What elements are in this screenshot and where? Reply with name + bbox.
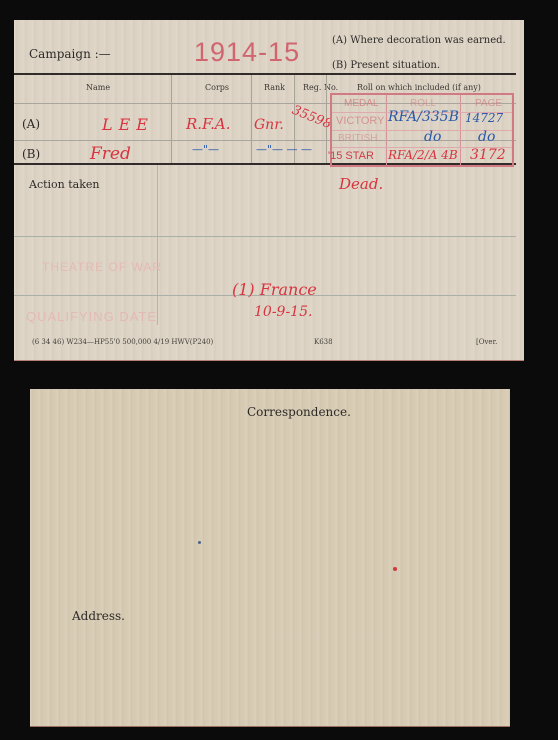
stamp-medal-victory: VICTORY: [336, 115, 385, 127]
grid-divider: [157, 165, 158, 325]
star-page-value: 3172: [470, 147, 506, 163]
stamp-medal-15-star: '15 STAR: [328, 150, 374, 162]
form-code: K638: [314, 338, 333, 346]
header-divider: [14, 73, 516, 75]
victory-roll-value: RFA/335B: [388, 109, 459, 125]
print-reference: (6 34 46) W234—HP55'0 500,000 4/19 HWV(P…: [32, 338, 213, 346]
reg-no-value: 35598: [290, 103, 334, 132]
legend-b: (B) Present situation.: [332, 60, 440, 71]
action-taken-label: Action taken: [29, 178, 100, 191]
column-divider: [171, 75, 172, 163]
stamp-header-roll: ROLL: [410, 98, 436, 109]
row-marker-a: (A): [22, 117, 40, 131]
theatre-value: (1) France: [232, 280, 317, 299]
medal-card-back: Correspondence. Address.: [30, 389, 510, 727]
col-header-corps: Corps: [205, 83, 229, 92]
ink-blot: [198, 541, 201, 544]
victory-page-value: 14727: [465, 111, 503, 125]
campaign-label: Campaign :—: [29, 47, 111, 61]
stamp-header-page: PAGE: [475, 98, 502, 109]
correspondence-label: Correspondence.: [247, 405, 351, 419]
address-label: Address.: [72, 609, 125, 623]
row-marker-b: (B): [22, 147, 40, 161]
medal-roll-stamp: MEDAL ROLL PAGE VICTORY BRITISH '15 STAR…: [330, 93, 514, 167]
theatre-of-war-stamp: THEATRE OF WAR: [42, 260, 162, 274]
ink-blot: [393, 567, 397, 571]
over-indicator: [Over.: [476, 338, 497, 346]
stamp-medal-british: BRITISH: [338, 133, 377, 144]
british-page-value: do: [478, 129, 495, 145]
col-header-name: Name: [86, 83, 110, 92]
corps-ditto: —"—: [192, 143, 219, 156]
rank-ditto: —"— — —: [256, 143, 312, 156]
legend-a: (A) Where decoration was earned.: [332, 35, 506, 46]
qualifying-date-stamp: QUALIFYING DATE: [26, 309, 157, 324]
rank-value: Gnr.: [254, 117, 284, 133]
grid-divider: [14, 236, 516, 237]
campaign-stamp: 1914-15: [194, 37, 300, 68]
corps-value: R.F.A.: [186, 115, 231, 133]
qualifying-date-value: 10-9-15.: [254, 304, 312, 320]
column-divider: [251, 75, 252, 163]
action-taken-value: Dead.: [339, 175, 383, 193]
col-header-rank: Rank: [264, 83, 285, 92]
stamp-header-medal: MEDAL: [344, 98, 378, 109]
surname-value: LEE: [102, 115, 154, 134]
medal-card-front: Campaign :— 1914-15 (A) Where decoration…: [14, 20, 524, 361]
star-roll-value: RFA/2/A 4B: [388, 148, 458, 162]
british-roll-value: do: [424, 129, 441, 145]
forename-value: Fred: [90, 144, 131, 164]
col-header-roll: Roll on which included (if any): [357, 83, 481, 92]
col-header-reg-no: Reg. No.: [303, 83, 338, 92]
